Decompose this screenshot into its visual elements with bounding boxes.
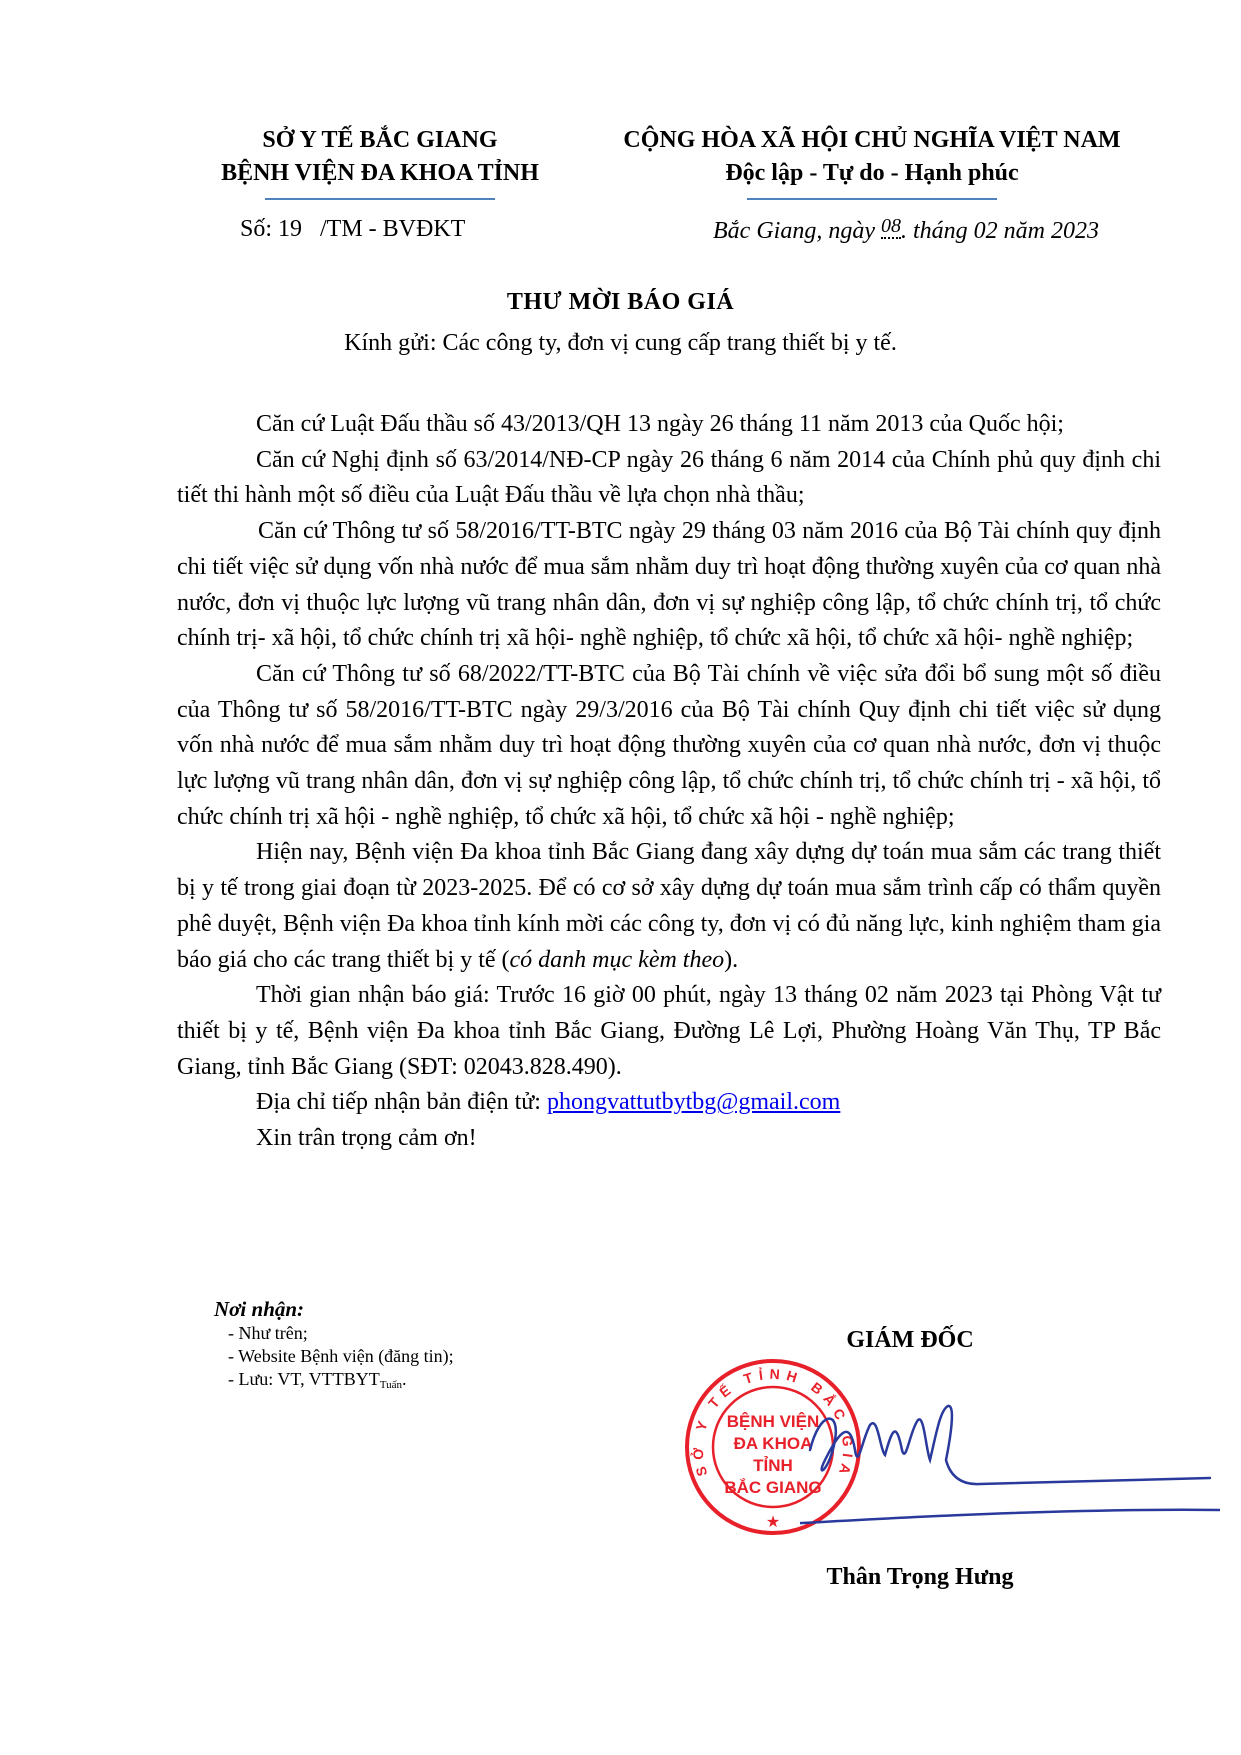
recipients-title: Nơi nhận: — [214, 1296, 454, 1322]
signer-name: Thân Trọng Hưng — [780, 1564, 1060, 1591]
addressee: Kính gửi: Các công ty, đơn vị cung cấp t… — [0, 330, 1241, 357]
document-number-value: 19 — [278, 216, 302, 242]
date-place: Bắc Giang, ngày — [713, 218, 881, 244]
date-day: 08 — [881, 215, 901, 239]
legal-basis-paragraph: Căn cứ Thông tư số 58/2016/TT-BTC ngày 2… — [177, 514, 1161, 657]
invitation-note: có danh mục kèm theo — [510, 947, 725, 973]
document-body: Căn cứ Luật Đấu thầu số 43/2013/QH 13 ng… — [177, 407, 1161, 1157]
email-label: Địa chỉ tiếp nhận bản điện tử: — [256, 1089, 547, 1115]
archive-end: . — [402, 1369, 407, 1389]
recipients-block: Nơi nhận: - Như trên; - Website Bệnh việ… — [214, 1296, 454, 1397]
email-link[interactable]: phongvattutbytbg@gmail.com — [547, 1089, 840, 1115]
nation-motto: Độc lập - Tự do - Hạnh phúc — [592, 157, 1152, 190]
legal-basis-paragraph: Căn cứ Nghị định số 63/2014/NĐ-CP ngày 2… — [177, 443, 1161, 514]
archive-label: - Lưu: VT, VTTBYT — [228, 1369, 380, 1389]
motto-underline — [747, 198, 997, 200]
recipient-item: - Như trên; — [214, 1322, 454, 1345]
document-number: Số: 19 /TM - BVĐKT — [240, 216, 465, 243]
recipient-item-archive: - Lưu: VT, VTTBYTTuấn. — [214, 1368, 454, 1397]
agency-line-1: SỞ Y TẾ BẮC GIANG — [180, 124, 580, 157]
legal-basis-paragraph: Căn cứ Luật Đấu thầu số 43/2013/QH 13 ng… — [177, 407, 1161, 443]
date-rest: . tháng 02 năm 2023 — [901, 218, 1099, 244]
email-paragraph: Địa chỉ tiếp nhận bản điện tử: phongvatt… — [177, 1085, 1161, 1121]
document-number-suffix: /TM - BVĐKT — [302, 216, 465, 242]
invitation-end: ). — [724, 947, 738, 973]
archive-initials: Tuấn — [380, 1379, 402, 1391]
document-title: THƯ MỜI BÁO GIÁ — [0, 289, 1241, 316]
invitation-paragraph: Hiện nay, Bệnh viện Đa khoa tỉnh Bắc Gia… — [177, 835, 1161, 978]
national-header: CỘNG HÒA XÃ HỘI CHỦ NGHĨA VIỆT NAM Độc l… — [592, 124, 1152, 200]
svg-text:TỈNH: TỈNH — [753, 1456, 793, 1475]
legal-basis-paragraph: Căn cứ Thông tư số 68/2022/TT-BTC của Bộ… — [177, 657, 1161, 836]
deadline-paragraph: Thời gian nhận báo giá: Trước 16 giờ 00 … — [177, 978, 1161, 1085]
agency-header: SỞ Y TẾ BẮC GIANG BỆNH VIỆN ĐA KHOA TỈNH — [180, 124, 580, 200]
document-date: Bắc Giang, ngày 08. tháng 02 năm 2023 — [713, 216, 1099, 245]
agency-line-2: BỆNH VIỆN ĐA KHOA TỈNH — [180, 157, 580, 190]
nation-line-1: CỘNG HÒA XÃ HỘI CHỦ NGHĨA VIỆT NAM — [592, 124, 1152, 157]
svg-text:★: ★ — [766, 1514, 780, 1531]
closing-line: Xin trân trọng cảm ơn! — [177, 1121, 1161, 1157]
recipient-item: - Website Bệnh viện (đăng tin); — [214, 1345, 454, 1368]
signer-title: GIÁM ĐỐC — [780, 1327, 1040, 1354]
document-page: SỞ Y TẾ BẮC GIANG BỆNH VIỆN ĐA KHOA TỈNH… — [0, 0, 1241, 1755]
agency-underline — [265, 198, 495, 200]
document-number-prefix: Số: — [240, 216, 278, 242]
handwritten-signature-icon — [800, 1380, 1220, 1540]
